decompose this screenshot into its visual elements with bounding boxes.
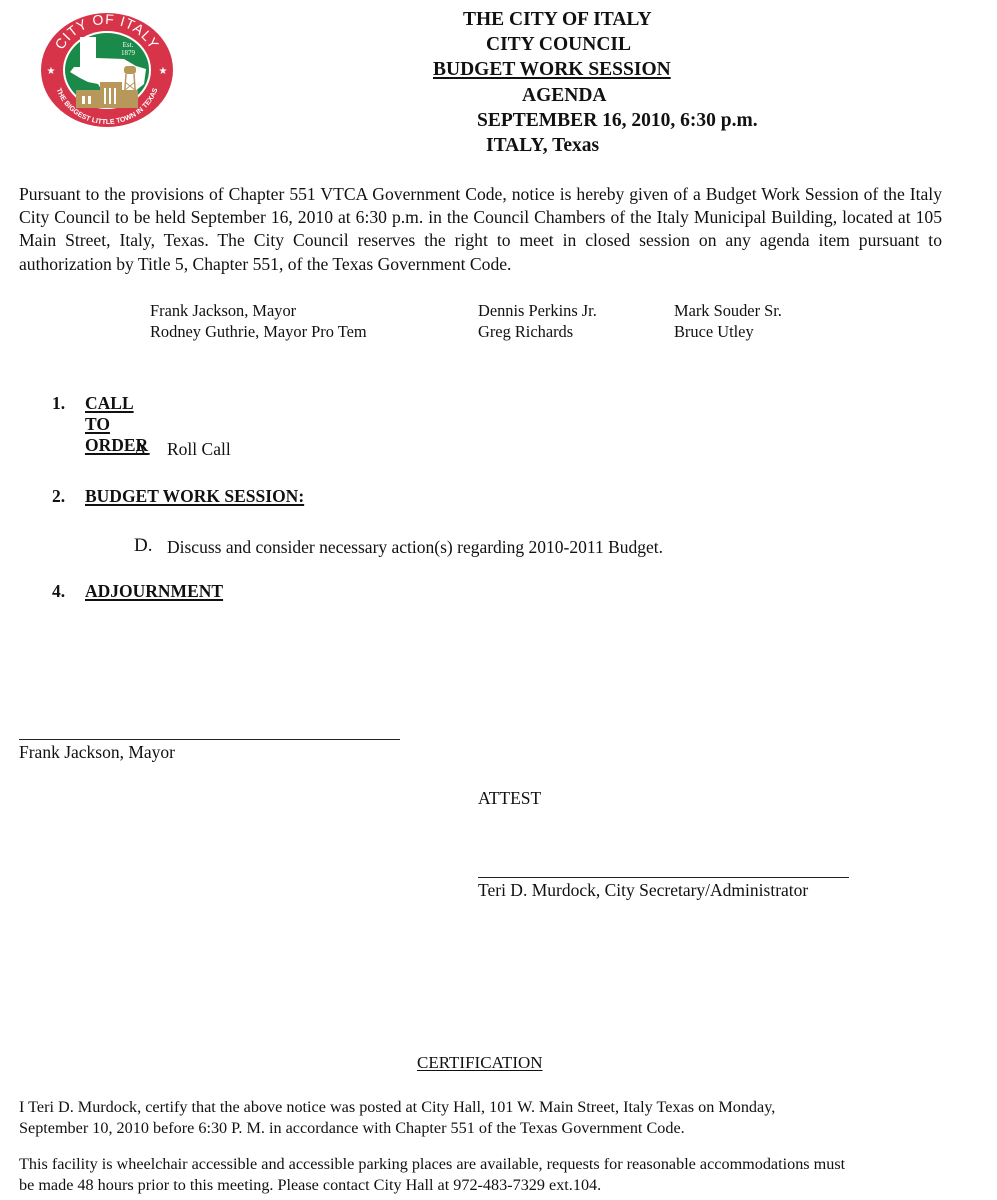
accessibility-line: This facility is wheelchair accessible a… xyxy=(19,1154,949,1175)
agenda-subitem-roll-call: A. Roll Call xyxy=(134,439,151,460)
agenda-item-number: 4. xyxy=(52,581,65,601)
agenda-subitem-budget: D. Discuss and consider necessary action… xyxy=(134,535,152,557)
city-seal-logo: Est. 1879 CITY OF ITALY THE BIGGEST LITT… xyxy=(40,12,174,128)
subitem-letter: A. xyxy=(134,439,151,459)
svg-text:★: ★ xyxy=(47,66,56,77)
subitem-text: Discuss and consider necessary action(s)… xyxy=(167,537,663,558)
agenda-item-budget-work-session: 2. BUDGET WORK SESSION: xyxy=(52,486,65,507)
mayor-signature-line xyxy=(19,739,400,740)
council-member: Frank Jackson, Mayor xyxy=(150,300,296,321)
header-city-name: THE CITY OF ITALY xyxy=(463,8,652,32)
council-member: Greg Richards xyxy=(478,321,573,342)
header-session-title: BUDGET WORK SESSION xyxy=(433,58,671,82)
subitem-text: Roll Call xyxy=(167,439,231,460)
council-member: Bruce Utley xyxy=(674,321,754,342)
agenda-item-call-to-order: 1. CALL TO ORDER xyxy=(52,393,65,414)
agenda-item-adjournment: 4. ADJOURNMENT xyxy=(52,581,65,602)
subitem-letter: D. xyxy=(134,535,152,556)
certification-line: September 10, 2010 before 6:30 P. M. in … xyxy=(19,1118,949,1139)
svg-text:Est.: Est. xyxy=(123,41,134,49)
accessibility-notice: This facility is wheelchair accessible a… xyxy=(19,1154,949,1196)
agenda-item-title: BUDGET WORK SESSION: xyxy=(85,486,304,507)
certification-title: CERTIFICATION xyxy=(417,1053,543,1073)
agenda-item-number: 1. xyxy=(52,393,65,413)
agenda-item-title: ADJOURNMENT xyxy=(85,581,223,602)
header-date-time: SEPTEMBER 16, 2010, 6:30 p.m. xyxy=(477,109,758,133)
svg-text:1879: 1879 xyxy=(121,49,136,57)
council-member: Mark Souder Sr. xyxy=(674,300,782,321)
header-agenda: AGENDA xyxy=(522,84,607,108)
header-council: CITY COUNCIL xyxy=(486,33,631,57)
attest-label: ATTEST xyxy=(478,788,541,809)
accessibility-line: be made 48 hours prior to this meeting. … xyxy=(19,1175,949,1196)
certification-statement: I Teri D. Murdock, certify that the abov… xyxy=(19,1097,949,1139)
council-member: Dennis Perkins Jr. xyxy=(478,300,597,321)
certification-line: I Teri D. Murdock, certify that the abov… xyxy=(19,1097,949,1118)
secretary-signature-line xyxy=(478,877,849,878)
secretary-signature-name: Teri D. Murdock, City Secretary/Administ… xyxy=(478,880,808,901)
meeting-notice: Pursuant to the provisions of Chapter 55… xyxy=(19,183,942,276)
agenda-item-number: 2. xyxy=(52,486,65,506)
header-location: ITALY, Texas xyxy=(486,134,599,158)
svg-text:★: ★ xyxy=(159,66,168,77)
mayor-signature-name: Frank Jackson, Mayor xyxy=(19,742,175,763)
council-member: Rodney Guthrie, Mayor Pro Tem xyxy=(150,321,367,342)
city-seal-icon: Est. 1879 CITY OF ITALY THE BIGGEST LITT… xyxy=(40,12,174,128)
